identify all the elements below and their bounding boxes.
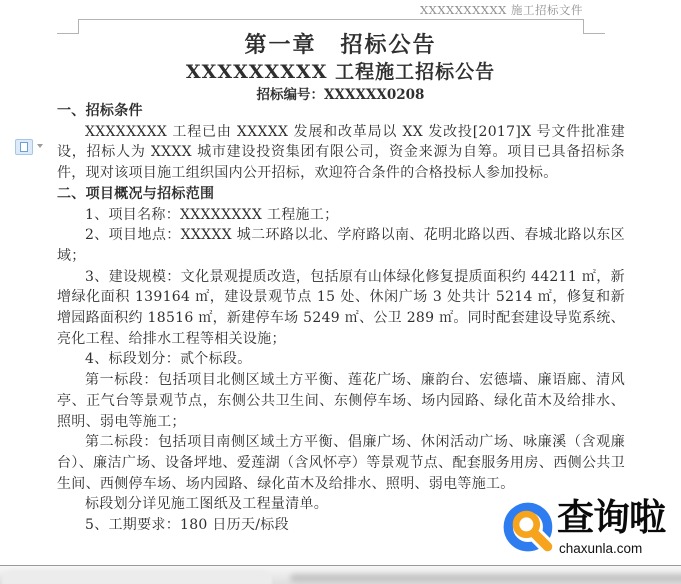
paragraph-lot-division: 4、标段划分：贰个标段。 bbox=[57, 349, 625, 370]
watermark-brand-text: 查询啦 bbox=[557, 496, 665, 538]
watermark-domain-text: chaxunla.com bbox=[559, 541, 642, 557]
document-body: 一、招标条件 XXXXXXXX 工程已由 XXXXX 发展和改革局以 XX 发改… bbox=[57, 101, 625, 536]
paragraph-lot1: 第一标段：包括项目北侧区域土方平衡、莲花广场、廉韵台、宏德墙、廉语廊、清风亭、正… bbox=[57, 370, 625, 432]
document-page: XXXXXXXXXX 施工招标文件 第一章 招标公告 XXXXXXXXX 工程施… bbox=[0, 0, 681, 584]
chaxunla-watermark: 查询啦 chaxunla.com bbox=[489, 494, 681, 564]
paste-options-widget[interactable] bbox=[15, 139, 45, 154]
paragraph-project-location: 2、项目地点：XXXXX 城二环路以北、学府路以南、花明北路以西、春城北路以东区… bbox=[57, 225, 625, 266]
title-block: 第一章 招标公告 XXXXXXXXX 工程施工招标公告 招标编号：XXXXXX0… bbox=[0, 31, 681, 104]
blurred-text-smudge bbox=[290, 574, 681, 582]
document-subtitle: XXXXXXXXX 工程施工招标公告 bbox=[0, 60, 681, 85]
document-icon bbox=[20, 142, 28, 152]
band-corner-shape bbox=[2, 570, 272, 584]
magnifier-logo-icon bbox=[501, 498, 559, 556]
header-rule bbox=[78, 19, 583, 20]
section1-paragraph: XXXXXXXX 工程已由 XXXXX 发展和改革局以 XX 发改投[2017]… bbox=[57, 122, 625, 184]
chapter-title: 第一章 招标公告 bbox=[0, 31, 681, 59]
page-header-text: XXXXXXXXXX 施工招标文件 bbox=[420, 3, 583, 17]
section1-heading: 一、招标条件 bbox=[57, 101, 625, 122]
paragraph-project-name: 1、项目名称：XXXXXXXX 工程施工； bbox=[57, 205, 625, 226]
paragraph-project-scale: 3、建设规模：文化景观提质改造，包括原有山体绿化修复提质面积约 44211 ㎡，… bbox=[57, 267, 625, 350]
dropdown-arrow-icon[interactable] bbox=[37, 144, 43, 148]
paste-options-icon[interactable] bbox=[15, 139, 33, 155]
section2-heading: 二、项目概况与招标范围 bbox=[57, 184, 625, 205]
bottom-blur-band bbox=[0, 565, 681, 584]
paragraph-lot2: 第二标段：包括项目南侧区域土方平衡、倡廉广场、休闲活动广场、咏廉溪（含观廉台）、… bbox=[57, 432, 625, 494]
